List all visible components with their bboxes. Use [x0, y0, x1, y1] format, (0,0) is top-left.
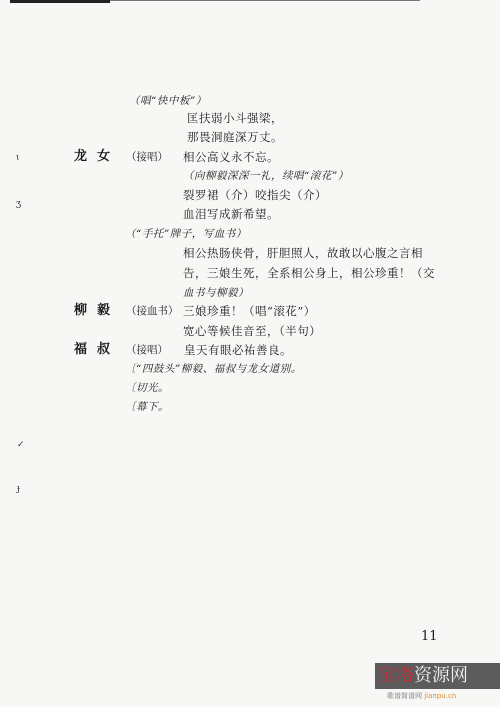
cue-text: （接唱）: [126, 150, 168, 164]
cue-text: （接血书）: [126, 304, 179, 318]
stage-direction: 〔切光。: [125, 381, 169, 395]
top-rule: [10, 0, 110, 3]
role-name: 柳毅: [74, 304, 120, 318]
scan-mark: ɟ: [17, 484, 20, 494]
watermark-subtitle: 歌谱简谱网 jianpu.cn: [387, 691, 456, 701]
verse-line: 匡扶弱小斗强梁，: [187, 111, 283, 125]
watermark-subtitle-cn: 歌谱简谱网: [387, 692, 422, 700]
watermark-title-white: 资源网: [414, 665, 468, 686]
stage-direction: 〔“四鼓头”柳毅、福叔与龙女道别。: [125, 362, 302, 376]
verse-line: 那畏洞庭深万丈。: [187, 130, 283, 144]
speech-line: 三娘珍重！（唱“滚花”）: [183, 304, 316, 318]
stage-direction: （“手托”牌子，写血书）: [125, 227, 247, 241]
watermark-title: 宝塔资源网: [378, 664, 468, 688]
speech-line: 相公高义永不忘。: [183, 150, 279, 164]
page-number: 11: [421, 629, 438, 644]
top-rule-thin: [110, 0, 420, 1]
role-name: 福叔: [74, 343, 120, 357]
verse-line: 宽心等候佳音至，（半句）: [183, 324, 321, 338]
stage-direction: 〔幕下。: [125, 400, 169, 414]
stage-direction: （唱“快中板”）: [129, 94, 207, 108]
prose-line: 相公热肠侠骨，肝胆照人，故敢以心腹之言相: [183, 246, 423, 260]
prose-line: 告，三娘生死，全系相公身上，相公珍重！（交: [183, 266, 435, 280]
role-name: 龙女: [74, 150, 120, 164]
stage-direction: （向柳毅深深一礼，续唱“滚花”）: [183, 169, 349, 183]
scan-mark: ✓: [17, 440, 25, 450]
speech-line: 皇天有眼必祐善良。: [184, 343, 292, 357]
verse-line: 裂罗裙（介）咬指尖（介）: [183, 188, 327, 202]
cue-text: （接唱）: [126, 343, 168, 357]
scan-mark: ʒ: [16, 199, 21, 209]
watermark-subtitle-en: jianpu.cn: [424, 692, 456, 700]
stage-direction: 血书与柳毅）: [183, 286, 249, 300]
watermark-title-red: 宝塔: [378, 665, 414, 686]
verse-line: 血泪写成新希望。: [183, 207, 279, 221]
scan-mark: ɩ: [16, 153, 20, 163]
